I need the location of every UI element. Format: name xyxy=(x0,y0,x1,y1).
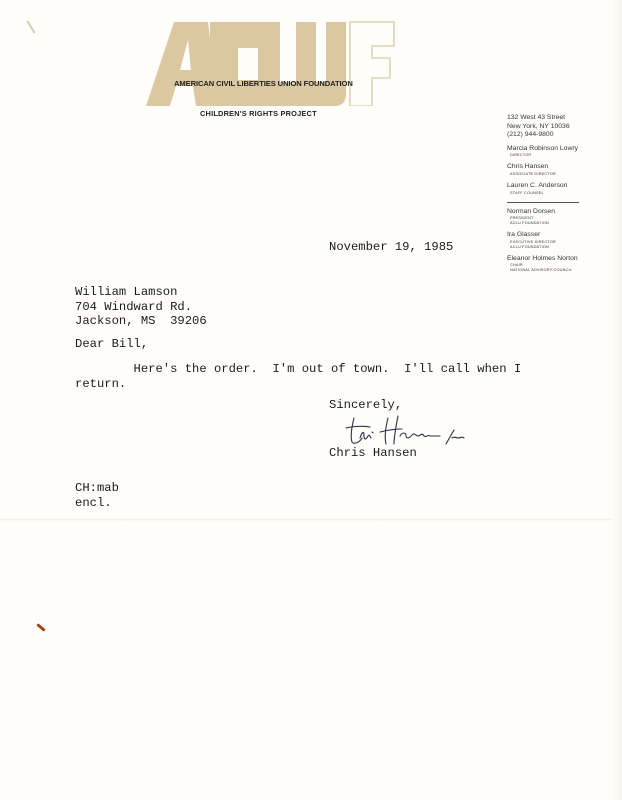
paper-mark xyxy=(26,21,35,34)
staff-entry: Chris Hansen ASSOCIATE DIRECTOR xyxy=(507,163,607,177)
salutation: Dear Bill, xyxy=(75,337,148,352)
officer-entry: Ira Glasser EXECUTIVE DIRECTOR ACLU FOUN… xyxy=(507,231,607,250)
staff-entry: Lauren C. Anderson STAFF COUNSEL xyxy=(507,182,607,196)
paper-edge xyxy=(612,0,622,800)
enclosure-note: encl. xyxy=(75,496,119,511)
paper-mark xyxy=(36,623,46,632)
aclu-logo: AMERICAN CIVIL LIBERTIES UNION FOUNDATIO… xyxy=(146,20,396,106)
reference-initials: CH:mabencl. xyxy=(75,481,119,510)
org-address: 132 West 43 Street New York, NY 10036 (2… xyxy=(507,114,607,140)
officer-entry: Eleanor Holmes Norton CHAIR NATIONAL ADV… xyxy=(507,255,607,274)
organization-name: AMERICAN CIVIL LIBERTIES UNION FOUNDATIO… xyxy=(174,79,353,88)
divider xyxy=(507,202,579,203)
handwritten-signature-icon xyxy=(344,414,470,448)
recipient-address: William Lamson704 Windward Rd.Jackson, M… xyxy=(75,285,207,329)
paper-fold-line xyxy=(0,518,622,521)
signer-name: Chris Hansen xyxy=(329,446,417,461)
letterhead-sidebar: 132 West 43 Street New York, NY 10036 (2… xyxy=(507,114,607,273)
staff-entry: Marcia Robinson Lowry DIRECTOR xyxy=(507,145,607,159)
letter-page: AMERICAN CIVIL LIBERTIES UNION FOUNDATIO… xyxy=(0,0,622,800)
aclu-logo-icon xyxy=(146,20,396,106)
project-name: CHILDREN'S RIGHTS PROJECT xyxy=(200,109,317,118)
officer-entry: Norman Dorsen PRESIDENT ACLU FOUNDATION xyxy=(507,208,607,227)
closing: Sincerely, xyxy=(329,398,402,413)
letter-body: Here's the order. I'm out of town. I'll … xyxy=(75,362,521,391)
letter-date: November 19, 1985 xyxy=(329,240,453,255)
